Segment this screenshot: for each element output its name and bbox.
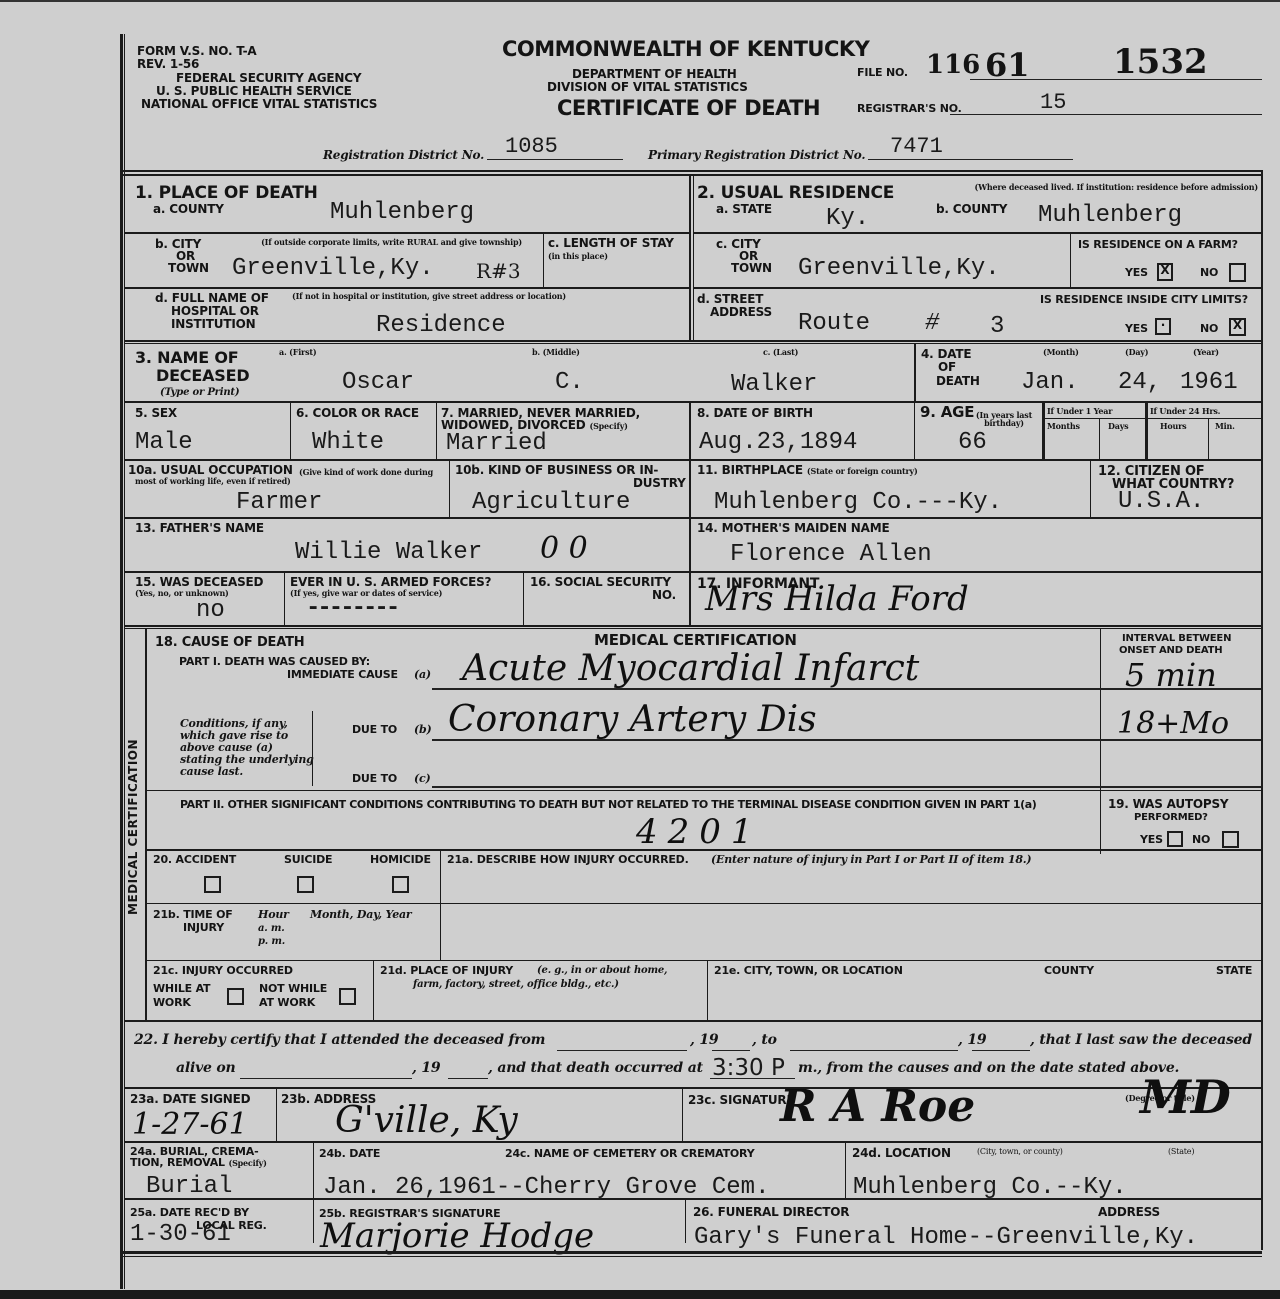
cert-from-date-input[interactable] — [557, 1050, 687, 1051]
file-no-prefix: 116 — [926, 50, 980, 80]
dob-label: 8. DATE OF BIRTH — [697, 407, 813, 420]
cause-a-field[interactable]: Acute Myocardial Infarct — [462, 652, 919, 686]
registrars-no-underline — [950, 114, 1262, 115]
residence-state-field[interactable]: Ky. — [826, 206, 869, 232]
registration-district-number: 1085 — [505, 134, 558, 160]
length-of-stay-label-text: c. LENGTH OF STAY — [548, 236, 674, 250]
while-work-label-1: WHILE AT — [153, 982, 210, 995]
autopsy-label-1: 19. WAS AUTOPSY — [1108, 798, 1228, 811]
primary-district-label: Primary Registration District No. — [648, 149, 865, 162]
hospital-note: (If not in hospital or institution, give… — [292, 292, 684, 300]
funeral-director-label: 26. FUNERAL DIRECTOR — [693, 1206, 849, 1219]
cell-divider — [707, 960, 708, 1020]
cause-b-letter: (b) — [414, 723, 432, 736]
outer-left-border-inner — [124, 34, 125, 1289]
funeral-address-label: ADDRESS — [1098, 1206, 1160, 1219]
ssn-label-1: 16. SOCIAL SECURITY — [530, 576, 671, 589]
row-divider — [147, 849, 1261, 851]
race-label: 6. COLOR OR RACE — [296, 407, 419, 420]
cell-divider — [436, 401, 437, 459]
residence-county-label: b. COUNTY — [936, 203, 1007, 216]
cert-alive-date-input[interactable] — [240, 1078, 412, 1079]
interval-divider — [1100, 629, 1101, 854]
scan-top-edge — [0, 0, 1280, 2]
cert-line2-alive: alive on — [176, 1062, 236, 1075]
medical-sidebar-divider — [145, 629, 147, 1021]
row-divider — [694, 232, 1261, 234]
bottom-border-2 — [122, 1256, 1262, 1257]
cert-line2-occurred: , and that death occurred at — [488, 1062, 703, 1075]
citizen-field[interactable]: U.S.A. — [1118, 489, 1204, 515]
farm-yes-checkbox[interactable]: X — [1157, 263, 1173, 281]
primary-district-underline — [868, 159, 1073, 160]
middle-name-label: b. (Middle) — [532, 348, 580, 356]
scan-bottom-edge — [0, 1290, 1280, 1299]
under-1yr-label: If Under 1 Year — [1047, 407, 1112, 415]
address-field[interactable]: G'ville, Ky — [335, 1104, 518, 1138]
last-name-field[interactable]: Walker — [731, 372, 817, 398]
residence-city-field[interactable]: Greenville,Ky. — [798, 256, 1000, 282]
cause-c-underline — [432, 786, 1100, 788]
cert-line1-19a: , 19 — [690, 1034, 718, 1047]
autopsy-yes-label: YES — [1140, 833, 1163, 846]
date-recd-field[interactable]: 1-30-61 — [130, 1222, 231, 1248]
due-to-b-label: DUE TO — [352, 723, 397, 736]
registrar-signature: Marjorie Hodge — [320, 1219, 594, 1253]
burial-location-note-state: (State) — [1168, 1148, 1194, 1156]
funeral-director-field[interactable]: Gary's Funeral Home--Greenville,Ky. — [694, 1225, 1198, 1251]
signature-label: 23c. SIGNATURE — [688, 1094, 794, 1107]
industry-label-1: 10b. KIND OF BUSINESS OR IN- — [455, 464, 658, 477]
row-divider-2 — [124, 343, 1261, 344]
limits-no-checkbox[interactable]: X — [1229, 318, 1246, 336]
city-note: (If outside corporate limits, write RURA… — [222, 238, 522, 246]
column-divider — [689, 401, 691, 626]
interval-b-field[interactable]: 18+Mo — [1117, 707, 1229, 741]
immediate-cause-label: IMMEDIATE CAUSE — [287, 668, 398, 681]
place-injury-note-1: (e. g., in or about home, — [537, 964, 667, 977]
ssn-label-2: NO. — [652, 589, 676, 602]
department-line-2: DIVISION OF VITAL STATISTICS — [547, 81, 748, 94]
dod-year-field[interactable]: 1961 — [1180, 370, 1238, 396]
mother-field[interactable]: Florence Allen — [730, 542, 932, 568]
last-name-label: c. (Last) — [763, 348, 798, 356]
city-injury-label: 21e. CITY, TOWN, OR LOCATION — [714, 964, 903, 977]
death-city-field[interactable]: Greenville,Ky. — [232, 256, 434, 282]
part1-label: PART I. DEATH WAS CAUSED BY: — [179, 655, 370, 668]
autopsy-label-2: PERFORMED? — [1134, 811, 1208, 824]
time-of-death-underline — [710, 1078, 795, 1079]
time-injury-date: Month, Day, Year — [310, 908, 412, 921]
sub-divider — [1045, 418, 1261, 419]
accident-label: 20. ACCIDENT — [153, 853, 236, 866]
age-label: 9. AGE — [920, 406, 974, 419]
interval-label-1: INTERVAL BETWEEN — [1122, 633, 1231, 644]
birthplace-field[interactable]: Muhlenberg Co.---Ky. — [714, 490, 1002, 516]
certificate-page: FORM V.S. NO. T-A REV. 1-56 FEDERAL SECU… — [0, 0, 1280, 1299]
cause-c-letter: (c) — [414, 772, 431, 785]
state-injury-label: STATE — [1216, 964, 1252, 977]
cert-line1-end: , that I last saw the deceased — [1030, 1034, 1252, 1047]
place-injury-label: 21d. PLACE OF INJURY — [380, 964, 513, 977]
city-limits-question: IS RESIDENCE INSIDE CITY LIMITS? — [1040, 293, 1248, 306]
physician-signature: R A Roe — [780, 1090, 975, 1124]
not-work-checkbox[interactable] — [339, 988, 356, 1005]
column-divider-2 — [693, 175, 694, 340]
burial-type-note: (Specify) — [228, 1158, 266, 1168]
marital-label-note: (Specify) — [590, 421, 628, 431]
document-title: COMMONWEALTH OF KENTUCKY — [502, 37, 869, 61]
burial-type-label-2: TION, REMOVAL — [130, 1156, 225, 1169]
row-divider — [124, 1020, 1261, 1022]
occupation-field[interactable]: Farmer — [236, 490, 322, 516]
cell-divider — [1042, 401, 1045, 459]
dob-field[interactable]: Aug.23,1894 — [699, 430, 857, 456]
farm-no-checkbox[interactable] — [1229, 263, 1246, 282]
while-work-checkbox[interactable] — [227, 988, 244, 1005]
mother-label: 14. MOTHER'S MAIDEN NAME — [697, 522, 889, 535]
industry-label-2: DUSTRY — [633, 477, 686, 490]
cert-to-date-input[interactable] — [790, 1050, 958, 1051]
cell-divider — [1145, 401, 1148, 459]
autopsy-yes-checkbox[interactable] — [1167, 831, 1183, 847]
row-divider — [124, 517, 1261, 519]
not-work-label-1: NOT WHILE — [259, 982, 327, 995]
armed-service-field[interactable]: -------- — [306, 596, 397, 622]
cause-b-field[interactable]: Coronary Artery Dis — [448, 703, 817, 737]
outer-left-border — [120, 34, 123, 1289]
part2-code[interactable]: 4201 — [636, 815, 763, 849]
row-divider — [124, 340, 1261, 342]
armed-label-note: (Yes, no, or unknown) — [135, 589, 229, 597]
usual-residence-label: 2. USUAL RESIDENCE — [697, 184, 894, 202]
cell-divider — [276, 1087, 277, 1142]
primary-district-number: 7471 — [890, 134, 943, 160]
sex-label: 5. SEX — [135, 407, 177, 420]
dod-year-label: (Year) — [1193, 348, 1219, 356]
first-name-field[interactable]: Oscar — [342, 370, 414, 396]
cert-line1-to: , to — [752, 1034, 777, 1047]
agency-line-3: NATIONAL OFFICE VITAL STATISTICS — [141, 98, 377, 111]
res-city-label-3: TOWN — [731, 262, 772, 275]
place-injury-note-2: farm, factory, street, office bldg., etc… — [413, 978, 619, 991]
farm-no-label: NO — [1200, 266, 1218, 279]
informant-signature: Mrs Hilda Ford — [705, 582, 969, 616]
street-hash: # — [925, 311, 939, 337]
row-divider-2 — [124, 628, 1261, 629]
under-24h-label: If Under 24 Hrs. — [1150, 407, 1220, 415]
marital-field[interactable]: Married — [446, 431, 547, 457]
days-label: Days — [1108, 422, 1128, 430]
dod-month-label: (Month) — [1043, 348, 1079, 356]
row-divider — [124, 401, 1261, 403]
registrars-no: 15 — [1040, 90, 1066, 116]
county-label: a. COUNTY — [153, 203, 224, 216]
father-field[interactable]: Willie Walker — [295, 540, 482, 566]
cell-divider — [290, 401, 291, 459]
dod-divider — [914, 343, 916, 401]
cell-divider — [914, 401, 915, 459]
interval-a-field[interactable]: 5 min — [1125, 658, 1217, 692]
burial-location-note-city: (City, town, or county) — [977, 1148, 1063, 1156]
cell-divider — [1208, 418, 1209, 459]
burial-location-label: 24d. LOCATION — [852, 1146, 951, 1160]
cert-line2-end: m., from the causes and on the date stat… — [798, 1062, 1179, 1075]
cell-divider — [523, 571, 524, 626]
file-no-number: 1532 — [1113, 42, 1208, 82]
date-recd-label-1: 25a. DATE REC'D BY — [130, 1206, 249, 1219]
time-injury-hour: Hour — [258, 908, 289, 921]
limits-yes-label: YES — [1125, 322, 1148, 335]
due-to-c-label: DUE TO — [352, 772, 397, 785]
cause-of-death-label: 18. CAUSE OF DEATH — [155, 636, 304, 649]
not-work-label-2: AT WORK — [259, 996, 315, 1009]
suicide-label: SUICIDE — [284, 853, 332, 866]
injury-occurred-label: 21c. INJURY OCCURRED — [153, 964, 293, 977]
place-of-death-label: 1. PLACE OF DEATH — [135, 184, 318, 202]
registration-district-underline — [487, 159, 623, 160]
time-injury-label-2: INJURY — [183, 921, 224, 934]
bottom-border — [122, 1251, 1262, 1254]
farm-yes-label: YES — [1125, 266, 1148, 279]
autopsy-no-label: NO — [1192, 833, 1210, 846]
farm-question: IS RESIDENCE ON A FARM? — [1078, 238, 1238, 251]
row-divider — [124, 1198, 1261, 1200]
state-label: a. STATE — [716, 203, 772, 216]
cell-divider — [685, 1198, 686, 1243]
first-name-label: a. (First) — [279, 348, 316, 356]
name-label-2: DECEASED — [156, 367, 249, 384]
column-divider — [689, 175, 691, 340]
time-injury-pm: p. m. — [258, 935, 285, 948]
father-label: 13. FATHER'S NAME — [135, 522, 264, 535]
county-injury-label: COUNTY — [1044, 964, 1094, 977]
cert-line2-19: , 19 — [412, 1062, 440, 1075]
cell-divider — [1090, 459, 1091, 517]
cell-divider — [1099, 418, 1100, 459]
row-divider — [147, 903, 1261, 904]
date-signed-label: 23a. DATE SIGNED — [130, 1093, 250, 1106]
dod-day-label: (Day) — [1125, 348, 1148, 356]
age-note: (In years last birthday) — [968, 411, 1040, 427]
row-divider — [124, 625, 1261, 627]
row-divider — [694, 287, 1261, 289]
medical-certification-heading: MEDICAL CERTIFICATION — [594, 634, 797, 647]
birthplace-label: 11. BIRTHPLACE — [697, 463, 803, 477]
burial-date-label: 24b. DATE — [319, 1147, 380, 1160]
farm-divider — [1070, 232, 1071, 288]
certificate-title: CERTIFICATE OF DEATH — [557, 96, 820, 120]
file-no-label: FILE NO. — [857, 66, 908, 79]
dod-day-field[interactable]: 24, — [1118, 370, 1161, 396]
injury-describe-note: (Enter nature of injury in Part I or Par… — [711, 853, 1031, 866]
row-divider — [124, 1141, 1261, 1143]
hours-label: Hours — [1160, 422, 1186, 430]
middle-name-field[interactable]: C. — [555, 370, 584, 396]
usual-residence-note: (Where deceased lived. If institution: r… — [938, 183, 1258, 191]
time-injury-label-1: 21b. TIME OF — [153, 908, 233, 921]
min-label: Min. — [1215, 422, 1235, 430]
registration-district-label: Registration District No. — [323, 149, 484, 162]
armed-forces-field[interactable]: no — [196, 598, 225, 624]
name-label-3: (Type or Print) — [160, 386, 239, 399]
cert-alive-year-input[interactable] — [448, 1078, 488, 1079]
race-field[interactable]: White — [312, 430, 384, 456]
row-divider — [124, 571, 1261, 573]
cert-line1-text: 22. I hereby certify that I attended the… — [134, 1034, 545, 1047]
stay-divider — [543, 232, 544, 288]
dod-month-field[interactable]: Jan. — [1021, 370, 1079, 396]
cert-line1-19b: , 19 — [958, 1034, 986, 1047]
cert-from-year-input[interactable] — [712, 1050, 750, 1051]
hospital-label-3: INSTITUTION — [171, 318, 255, 331]
street-number[interactable]: 3 — [990, 314, 1004, 340]
street-label-2: ADDRESS — [710, 306, 772, 319]
cause-a-label: (a) — [414, 668, 431, 681]
row-divider — [147, 960, 1261, 961]
death-city-route[interactable]: R#3 — [476, 258, 521, 284]
burial-type-field[interactable]: Burial — [146, 1174, 232, 1200]
outer-right-border — [1261, 170, 1263, 1250]
row-divider — [124, 232, 689, 234]
header-divider-2 — [122, 174, 1262, 176]
while-work-label-2: WORK — [153, 996, 191, 1009]
length-of-stay-label: c. LENGTH OF STAY (in this place) — [548, 237, 683, 261]
physician-degree: MD — [1140, 1080, 1231, 1114]
row-divider — [124, 1087, 1261, 1089]
occupation-note: (Give kind of work done during most of w… — [135, 468, 443, 486]
cell-divider — [440, 849, 441, 961]
registrars-no-label: REGISTRAR'S NO. — [857, 102, 962, 115]
autopsy-no-checkbox[interactable] — [1222, 831, 1239, 848]
homicide-label: HOMICIDE — [370, 853, 431, 866]
suicide-checkbox[interactable] — [297, 876, 314, 893]
cell-divider — [313, 1141, 314, 1243]
death-county-field[interactable]: Muhlenberg — [330, 200, 474, 226]
row-divider — [147, 790, 1261, 791]
name-label-1: 3. NAME OF — [135, 349, 239, 366]
dod-label-2: OF — [938, 361, 956, 374]
length-of-stay-note: (in this place) — [548, 251, 608, 261]
limits-yes-checkbox[interactable]: · — [1155, 318, 1171, 335]
cell-divider — [449, 459, 450, 517]
conditions-note: Conditions, if any, which gave rise to a… — [180, 718, 315, 778]
cell-divider — [682, 1087, 683, 1142]
accident-checkbox[interactable] — [204, 876, 221, 893]
hospital-field[interactable]: Residence — [376, 313, 506, 339]
form-revision: REV. 1-56 — [137, 58, 199, 71]
father-code-handwritten: 0 0 — [540, 532, 588, 566]
sex-field[interactable]: Male — [135, 430, 193, 456]
industry-field[interactable]: Agriculture — [472, 490, 630, 516]
cell-divider — [845, 1141, 846, 1198]
date-signed-field[interactable]: 1-27-61 — [132, 1108, 248, 1142]
street-field[interactable]: Route — [798, 311, 870, 337]
residence-county-field[interactable]: Muhlenberg — [1038, 203, 1182, 229]
conditions-bracket — [312, 711, 313, 786]
cell-divider — [284, 571, 285, 626]
cert-to-year-input[interactable] — [972, 1050, 1030, 1051]
header-divider — [122, 170, 1262, 172]
birthplace-note: (State or foreign country) — [807, 466, 918, 476]
cemetery-label: 24c. NAME OF CEMETERY OR CREMATORY — [505, 1147, 754, 1160]
interval-c-underline — [1100, 786, 1261, 788]
interval-label-2: ONSET AND DEATH — [1119, 645, 1222, 656]
row-divider — [124, 287, 689, 289]
city-label-3: TOWN — [168, 262, 209, 275]
age-label-text: 9. AGE — [920, 403, 974, 421]
homicide-checkbox[interactable] — [392, 876, 409, 893]
file-no-underline — [970, 79, 1262, 80]
age-field[interactable]: 66 — [958, 430, 987, 456]
injury-describe-label: 21a. DESCRIBE HOW INJURY OCCURRED. — [447, 853, 689, 866]
dod-label-3: DEATH — [936, 375, 980, 388]
cell-divider — [373, 960, 374, 1020]
medical-certification-side-label: MEDICAL CERTIFICATION — [126, 739, 140, 915]
limits-no-label: NO — [1200, 322, 1218, 335]
part2-label: PART II. OTHER SIGNIFICANT CONDITIONS CO… — [180, 798, 1036, 811]
time-injury-am: a. m. — [258, 922, 285, 935]
months-label: Months — [1047, 422, 1080, 430]
